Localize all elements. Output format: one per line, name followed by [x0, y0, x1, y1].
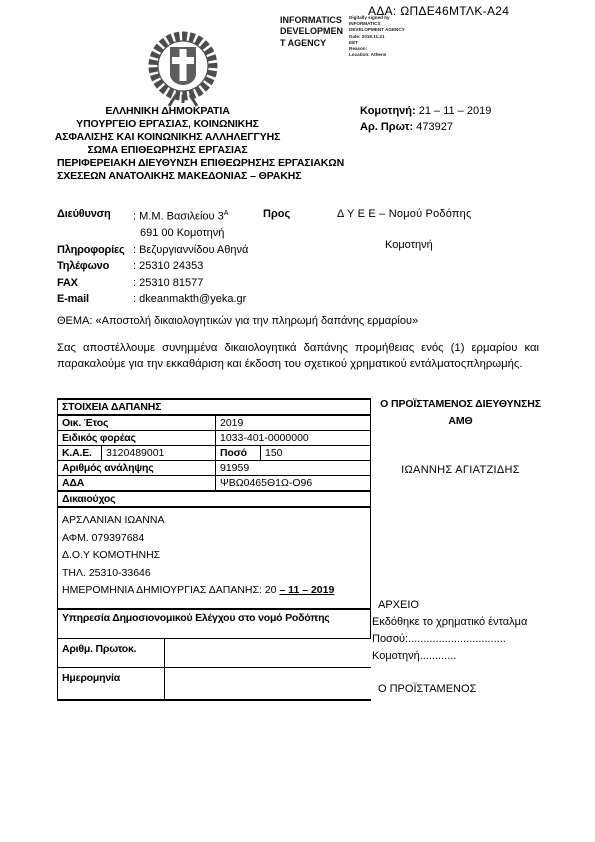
protocol-number: Αρ. Πρωτ: 473927 — [360, 119, 491, 135]
protocol-row-label: Αριθμ. Πρωτοκ. — [58, 639, 165, 667]
table-row: Ημερομηνία — [58, 668, 371, 701]
info-value: : Βεζυργιαννίδου Αθηνά — [133, 242, 248, 259]
address-value: : Μ.Μ. Βασιλείου 3Α — [133, 206, 248, 225]
ada-row-label: ΑΔΑ — [58, 476, 216, 490]
beneficiary-afm: ΑΦΜ. 079397684 — [62, 530, 366, 548]
stamp-signature-details: Digitally signed by INFORMATICS DEVELOPM… — [349, 15, 429, 58]
table-row: Κ.Α.Ε. 3120489001 Ποσό 150 — [58, 446, 371, 461]
creation-date-value: – 11 – 2019 — [279, 584, 334, 596]
agency-code-label: Ειδικός φορέας — [58, 431, 216, 445]
commitment-label: Αριθμός ανάληψης — [58, 461, 216, 475]
archive-title: ΑΡΧΕΙΟ — [372, 597, 527, 614]
street-number-sup: Α — [224, 210, 229, 217]
email-label: E-mail — [57, 291, 133, 308]
archive-amount-line: Ποσού:................................ — [372, 631, 527, 648]
table-row: ΑΔΑ ΨΒΩ0465Θ1Ω-Ο96 — [58, 476, 371, 492]
archive-line: Εκδόθηκε το χρηματικό ένταλμα — [372, 614, 527, 631]
amount-label: Ποσό — [216, 446, 261, 460]
table-row: Αριθμ. Πρωτοκ. — [58, 639, 371, 668]
recipient-city: Κομοτηνή — [385, 239, 433, 251]
kae-value: 3120489001 — [102, 446, 216, 460]
director-name: ΙΩΑΝΝΗΣ ΑΓΙΑΤΖΙΔΗΣ — [378, 464, 543, 476]
agency-code-value: 1033-401-0000000 — [216, 431, 370, 445]
phone-label: Τηλέφωνο — [57, 258, 133, 275]
fiscal-year-value: 2019 — [216, 416, 370, 430]
table-row: Αριθμός ανάληψης 91959 — [58, 461, 371, 476]
greek-coat-of-arms-icon — [139, 29, 227, 114]
beneficiary-doy: Δ.Ο.Υ ΚΟΜΟΤΗΝΗΣ — [62, 547, 366, 565]
protocol-label: Αρ. Πρωτ: — [360, 121, 413, 133]
body-paragraph: Σας αποστέλλουμε συνημμένα δικαιολογητικ… — [57, 341, 539, 372]
audit-service-row: Υπηρεσία Δημοσιονομικού Ελέγχου στο νομό… — [58, 610, 371, 639]
document-page: ΑΔΑ: ΩΠΔΕ46ΜΤΛΚ-Α24 INFORMATICS DEVELOPM… — [0, 0, 595, 842]
gov-header-line: ΠΕΡΙΦΕΡΕΙΑΚΗ ΔΙΕΥΘΥΝΣΗ ΕΠΙΘΕΩΡΗΣΗΣ ΕΡΓΑΣ… — [57, 157, 344, 170]
recipient-to-label: Προς — [263, 208, 290, 220]
city-date-value: 21 – 11 – 2019 — [416, 105, 492, 117]
gov-header-line: ΣΩΜΑ ΕΠΙΘΕΩΡΗΣΗΣ ΕΡΓΑΣΙΑΣ — [40, 144, 295, 157]
table-title: ΣΤΟΙΧΕΙΑ ΔΑΠΑΝΗΣ — [58, 400, 371, 416]
beneficiary-label: Δικαιούχος — [58, 492, 370, 506]
contact-info-block: Διεύθυνση : Μ.Μ. Βασιλείου 3Α 691 00 Κομ… — [57, 206, 248, 308]
email-value: : dkeanmakth@yeka.gr — [133, 291, 248, 308]
table-row: Ειδικός φορέας 1033-401-0000000 — [58, 431, 371, 446]
stamp-agency-name: INFORMATICS DEVELOPMEN T AGENCY — [280, 15, 342, 49]
address-label: Διεύθυνση — [57, 206, 133, 225]
beneficiary-name: ΑΡΣΛΑΝΙΑΝ ΙΩΑΝΝΑ — [62, 512, 366, 530]
protocol-row-value — [165, 639, 371, 667]
fax-label: FAX — [57, 275, 133, 292]
director-title: Ο ΠΡΟΪΣΤΑΜΕΝΟΣ ΔΙΕΥΘΥΝΣΗΣ ΑΜΘ — [378, 396, 543, 430]
gov-header-line: ΣΧΕΣΕΩΝ ΑΝΑΤΟΛΙΚΗΣ ΜΑΚΕΔΟΝΙΑΣ – ΘΡΑΚΗΣ — [57, 170, 344, 183]
fiscal-year-label: Οικ. Έτος — [58, 416, 216, 430]
address-line2: 691 00 Κομοτηνή — [133, 225, 248, 242]
beneficiary-tel: ΤΗΛ. 25310-33646 — [62, 565, 366, 583]
archive-city-line: Κομοτηνή............ — [372, 648, 527, 665]
amount-value: 150 — [261, 446, 370, 460]
fax-value: : 25310 81577 — [133, 275, 248, 292]
table-row: Οικ. Έτος 2019 — [58, 416, 371, 431]
protocol-value: 473927 — [413, 121, 453, 133]
city-date-label: Κομοτηνή: — [360, 105, 416, 117]
ada-row-value: ΨΒΩ0465Θ1Ω-Ο96 — [216, 476, 370, 490]
date-protocol-block: Κομοτηνή: 21 – 11 – 2019 Αρ. Πρωτ: 47392… — [360, 103, 491, 135]
document-date: Κομοτηνή: 21 – 11 – 2019 — [360, 103, 491, 119]
gov-header-line: ΕΛΛΗΝΙΚΗ ΔΗΜΟΚΡΑΤΙΑ — [40, 105, 295, 118]
expense-details-table: ΣΤΟΙΧΕΙΑ ΔΑΠΑΝΗΣ Οικ. Έτος 2019 Ειδικός … — [57, 398, 371, 701]
archive-signer-title: Ο ΠΡΟΪΣΤΑΜΕΝΟΣ — [372, 681, 527, 698]
table-row: Δικαιούχος — [58, 492, 371, 508]
date-row-value — [165, 668, 371, 699]
gov-header-line: ΑΣΦΑΛΙΣΗΣ ΚΑΙ ΚΟΙΝΩΝΙΚΗΣ ΑΛΛΗΛΕΓΓΥΗΣ — [40, 131, 295, 144]
gov-header-top: ΕΛΛΗΝΙΚΗ ΔΗΜΟΚΡΑΤΙΑ ΥΠΟΥΡΓΕΙΟ ΕΡΓΑΣΙΑΣ, … — [40, 105, 295, 157]
subject-line: ΘΕΜΑ: «Αποστολή δικαιολογητικών για την … — [57, 315, 547, 327]
info-label: Πληροφορίες — [57, 242, 133, 259]
digital-signature-stamp: INFORMATICS DEVELOPMEN T AGENCY Digitall… — [280, 15, 429, 58]
gov-header-bottom: ΠΕΡΙΦΕΡΕΙΑΚΗ ΔΙΕΥΘΥΝΣΗ ΕΠΙΘΕΩΡΗΣΗΣ ΕΡΓΑΣ… — [57, 157, 344, 183]
date-row-label: Ημερομηνία — [58, 668, 165, 699]
phone-value: : 25310 24353 — [133, 258, 248, 275]
recipient-name: Δ Υ Ε Ε – Νομού Ροδόπης — [337, 208, 472, 220]
beneficiary-details: ΑΡΣΛΑΝΙΑΝ ΙΩΑΝΝΑ ΑΦΜ. 079397684 Δ.Ο.Υ ΚΟ… — [58, 508, 371, 610]
archive-block: ΑΡΧΕΙΟ Εκδόθηκε το χρηματικό ένταλμα Ποσ… — [372, 597, 527, 698]
commitment-value: 91959 — [216, 461, 370, 475]
kae-label: Κ.Α.Ε. — [58, 446, 102, 460]
expense-creation-date: ΗΜΕΡΟΜΗΝΙΑ ΔΗΜΙΟΥΡΓΙΑΣ ΔΑΠΑΝΗΣ: 20 – 11 … — [62, 582, 366, 600]
gov-header-line: ΥΠΟΥΡΓΕΙΟ ΕΡΓΑΣΙΑΣ, ΚΟΙΝΩΝΙΚΗΣ — [40, 118, 295, 131]
